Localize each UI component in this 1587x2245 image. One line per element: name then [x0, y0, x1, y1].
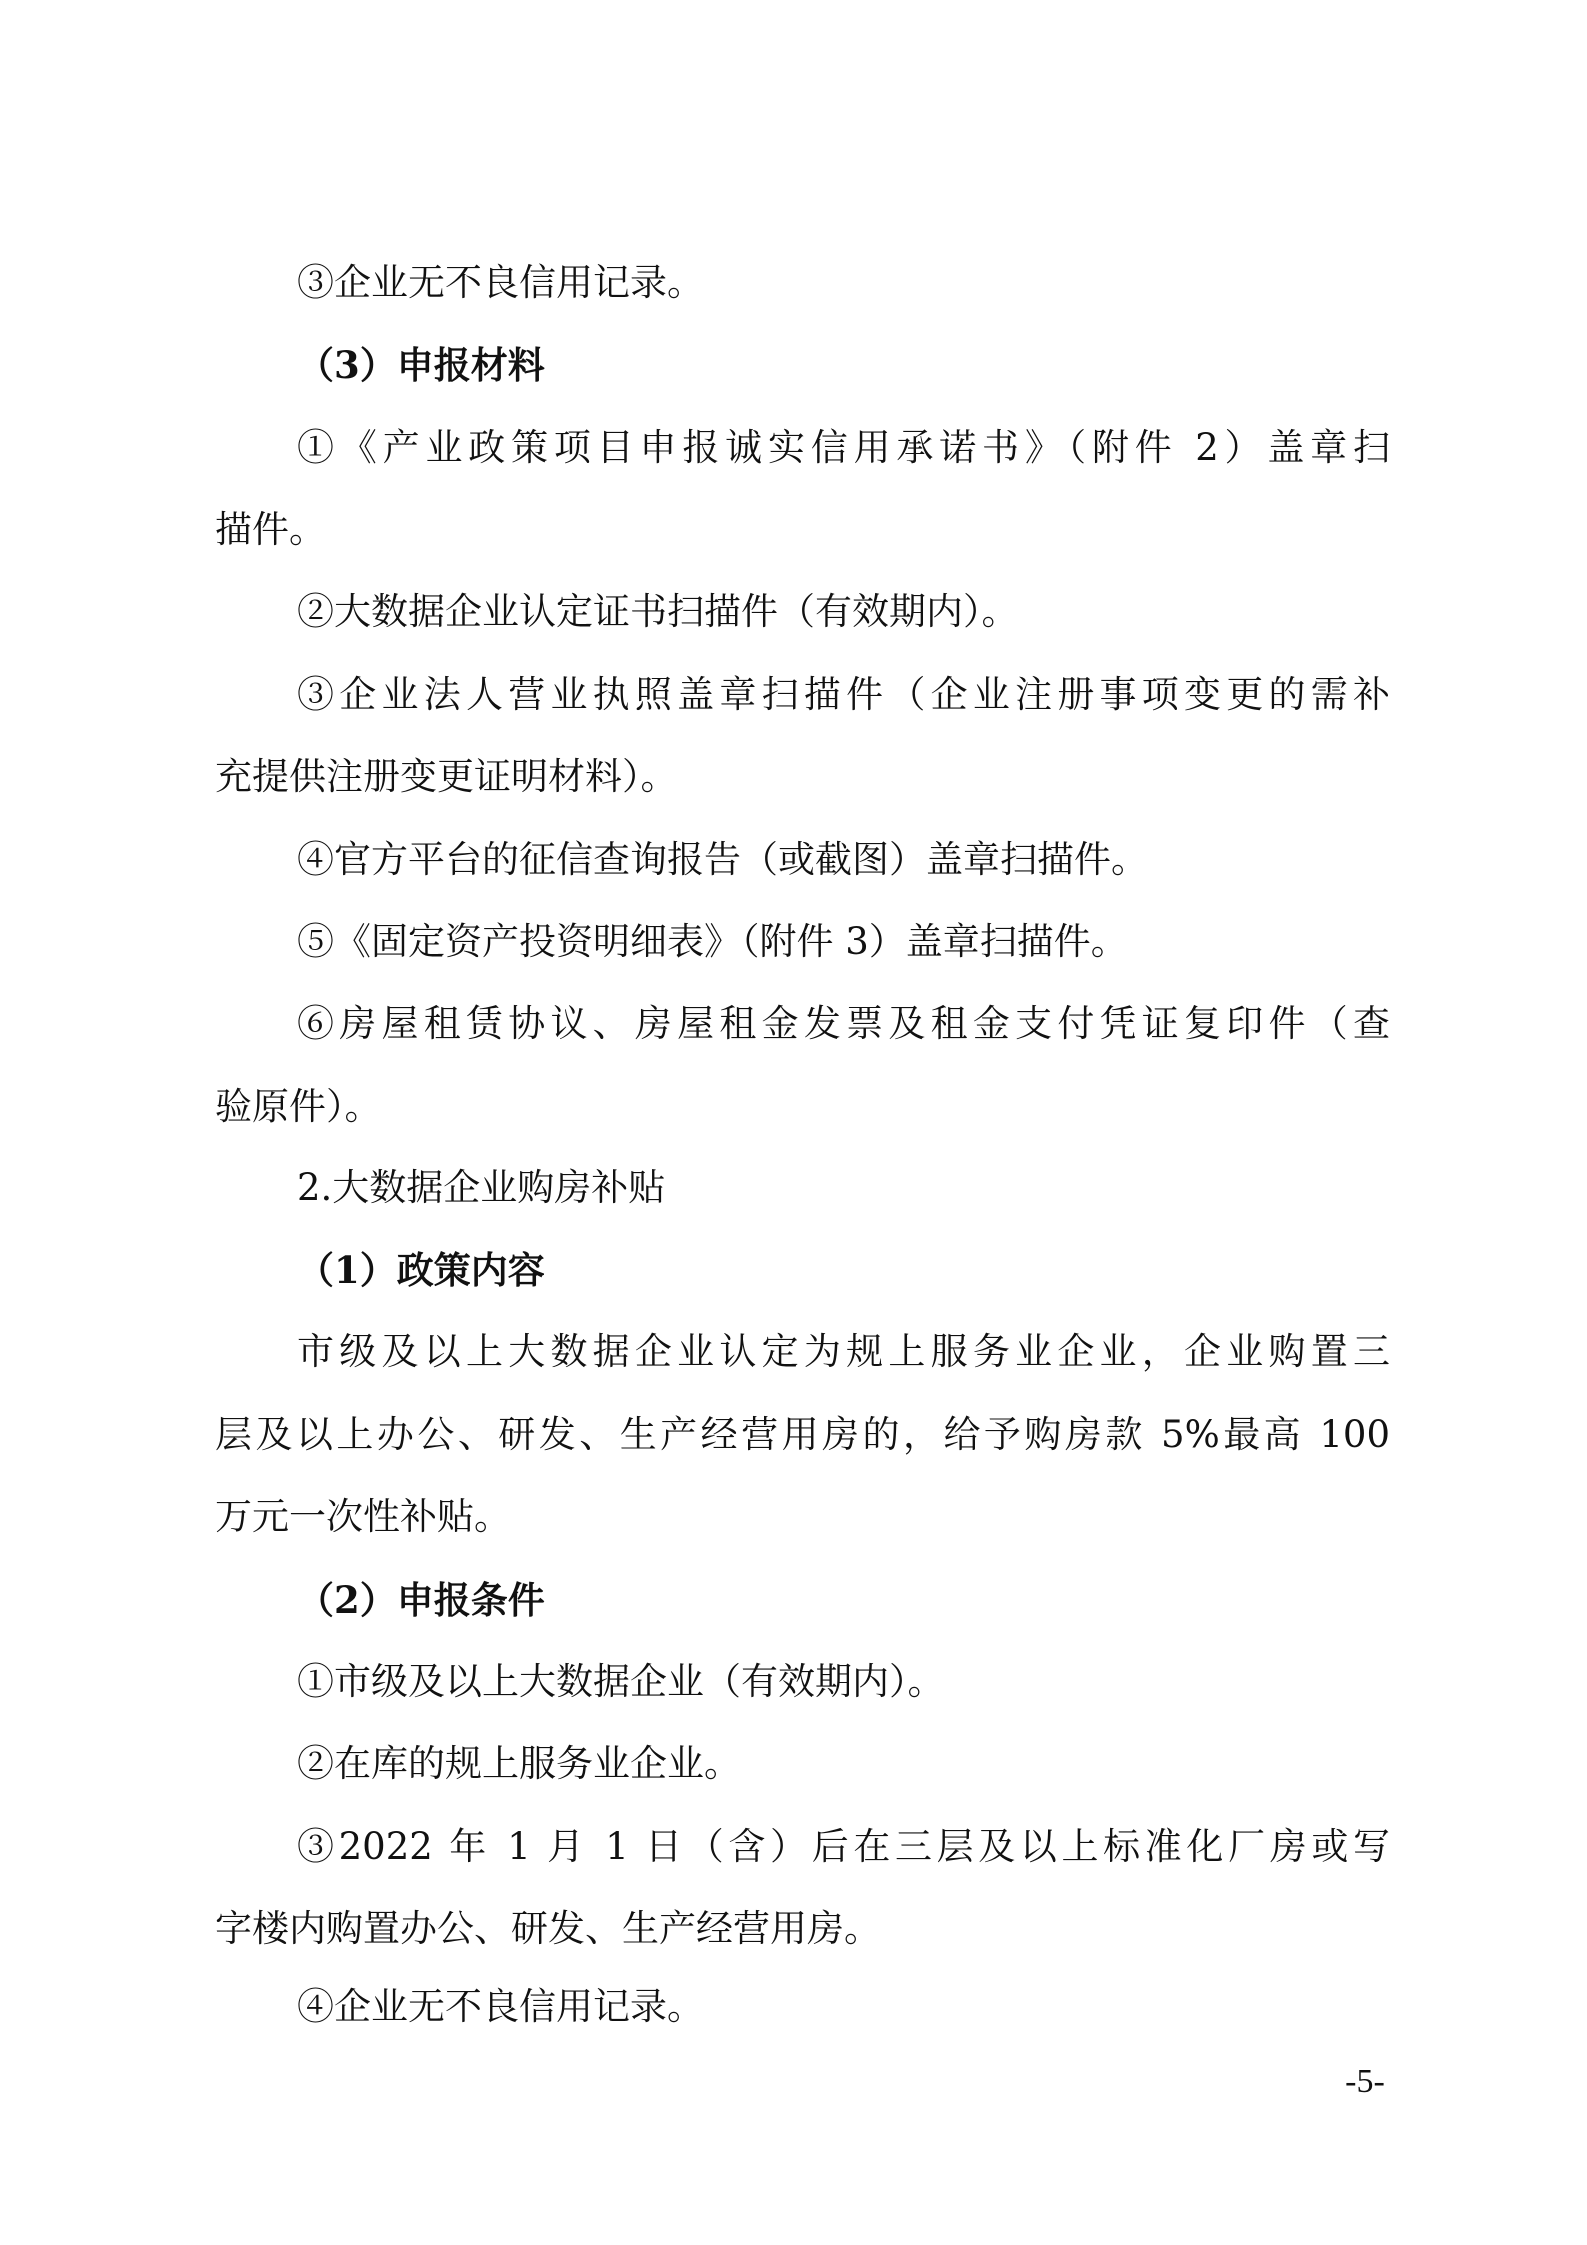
- material-item-3-continuation: 充提供注册变更证明材料）。: [215, 755, 1390, 799]
- policy-content-paragraph-line-3: 万元一次性补贴。: [215, 1495, 1390, 1539]
- condition-item-3-purchase-date: ③2022 年 1 月 1 日（含）后在三层及以上标准化厂房或写: [215, 1825, 1390, 1869]
- policy-content-paragraph-line-1: 市级及以上大数据企业认定为规上服务业企业，企业购置三: [215, 1330, 1390, 1374]
- condition-item-1-enterprise-level: ①市级及以上大数据企业（有效期内）。: [215, 1660, 1390, 1704]
- material-item-2-certificate: ②大数据企业认定证书扫描件（有效期内）。: [215, 590, 1390, 634]
- condition-item-4-credit-record: ④企业无不良信用记录。: [215, 1985, 1390, 2029]
- document-page: ③企业无不良信用记录。 （3）申报材料 ①《产业政策项目申报诚实信用承诺书》（附…: [0, 0, 1587, 2245]
- subheading-policy-content: （1）政策内容: [215, 1248, 1390, 1292]
- material-item-1-commitment-letter: ①《产业政策项目申报诚实信用承诺书》（附件 2）盖章扫: [215, 426, 1390, 470]
- requirement-item-3-credit-record: ③企业无不良信用记录。: [215, 261, 1390, 305]
- subheading-application-conditions: （2）申报条件: [215, 1578, 1390, 1622]
- page-number: -5-: [1330, 2062, 1400, 2102]
- section-heading-purchase-subsidy: 2.大数据企业购房补贴: [215, 1166, 1390, 1210]
- material-item-6-continuation: 验原件）。: [215, 1085, 1390, 1129]
- material-item-1-continuation: 描件。: [215, 508, 1390, 552]
- material-item-6-lease-documents: ⑥房屋租赁协议、房屋租金发票及租金支付凭证复印件（查: [215, 1002, 1390, 1046]
- material-item-5-fixed-asset-table: ⑤《固定资产投资明细表》（附件 3）盖章扫描件。: [215, 920, 1390, 964]
- condition-item-2-service-enterprise: ②在库的规上服务业企业。: [215, 1742, 1390, 1786]
- subheading-application-materials: （3）申报材料: [215, 343, 1390, 387]
- material-item-4-credit-report: ④官方平台的征信查询报告（或截图）盖章扫描件。: [215, 838, 1390, 882]
- condition-item-3-continuation: 字楼内购置办公、研发、生产经营用房。: [215, 1907, 1390, 1951]
- policy-content-paragraph-line-2: 层及以上办公、研发、生产经营用房的，给予购房款 5%最高 100: [215, 1413, 1390, 1457]
- material-item-3-business-license: ③企业法人营业执照盖章扫描件（企业注册事项变更的需补: [215, 673, 1390, 717]
